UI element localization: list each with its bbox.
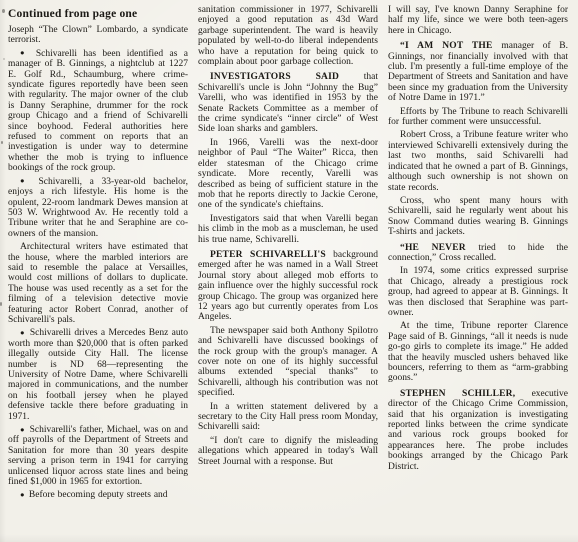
article-paragraph: STEPHEN SCHILLER, executive director of … xyxy=(388,389,568,472)
article-paragraph: In a written statement delivered by a se… xyxy=(198,402,378,433)
continued-from-notice: Continued from page one xyxy=(8,7,188,21)
bullet-icon: ● xyxy=(20,490,29,499)
article-paragraph: ● Schivarelli has been identified as a m… xyxy=(8,49,188,174)
newspaper-scan-page: Continued from page one Joseph “The Clow… xyxy=(0,0,578,542)
scan-speck xyxy=(3,58,5,60)
article-paragraph: I will say, I've known Danny Seraphine f… xyxy=(388,5,568,36)
article-paragraph: sanitation commissioner in 1977, Schivar… xyxy=(198,5,378,67)
article-paragraph: The newspaper said both Anthony Spilotro… xyxy=(198,326,378,399)
article-paragraph: INVESTIGATORS SAID that Schivarelli's un… xyxy=(198,72,378,134)
article-column-2: sanitation commissioner in 1977, Schivar… xyxy=(198,5,378,470)
bullet-icon: ● xyxy=(20,328,30,337)
article-paragraph: At the time, Tribune reporter Clarence P… xyxy=(388,321,568,383)
article-paragraph: “I AM NOT THE manager of B. Ginnings, no… xyxy=(388,41,568,103)
bullet-icon: ● xyxy=(20,425,30,434)
article-paragraph: In 1974, some critics expressed surprise… xyxy=(388,266,568,318)
paragraph-lead: STEPHEN SCHILLER, xyxy=(400,389,532,399)
article-paragraph: ● Schivarelli drives a Mercedes Benz aut… xyxy=(8,328,188,422)
article-paragraph: “HE NEVER tried to hide the connection,”… xyxy=(388,243,568,264)
article-paragraph: Robert Cross, a Tribune feature writer w… xyxy=(388,130,568,192)
paragraph-lead: “HE NEVER xyxy=(400,243,478,253)
article-paragraph: ● Before becoming deputy streets and xyxy=(8,490,188,500)
article-paragraph: PETER SCHIVARELLI'S background emerged a… xyxy=(198,250,378,323)
article-column-1: Continued from page one Joseph “The Clow… xyxy=(8,5,188,504)
article-columns: Continued from page one Joseph “The Clow… xyxy=(8,5,570,504)
article-paragraph: “I don't care to dignify the misleading … xyxy=(198,436,378,467)
article-paragraph: ● Schivarelli, a 33-year-old bachelor, e… xyxy=(8,177,188,239)
article-paragraph: Efforts by The Tribune to reach Schivare… xyxy=(388,107,568,128)
article-paragraph: Investigators said that when Varelli beg… xyxy=(198,214,378,245)
article-paragraph: In 1966, Varelli was the next-door neigh… xyxy=(198,138,378,211)
article-paragraph: Architectural writers have estimated tha… xyxy=(8,242,188,325)
bullet-icon: ● xyxy=(20,176,38,185)
article-paragraph: Cross, who spent many hours with Schivar… xyxy=(388,196,568,238)
paragraph-lead: INVESTIGATORS SAID xyxy=(210,72,364,82)
bullet-icon: ● xyxy=(20,48,36,57)
article-paragraph: Joseph “The Clown” Lombardo, a syndicate… xyxy=(8,25,188,46)
scan-speck xyxy=(2,9,5,13)
scan-speck xyxy=(0,302,2,306)
paragraph-lead: PETER SCHIVARELLI'S xyxy=(210,250,333,260)
scan-speck xyxy=(1,141,3,144)
article-column-3: I will say, I've known Danny Seraphine f… xyxy=(388,5,568,475)
article-paragraph: ● Schivarelli's father, Michael, was on … xyxy=(8,425,188,487)
paragraph-lead: “I AM NOT THE xyxy=(400,41,501,51)
